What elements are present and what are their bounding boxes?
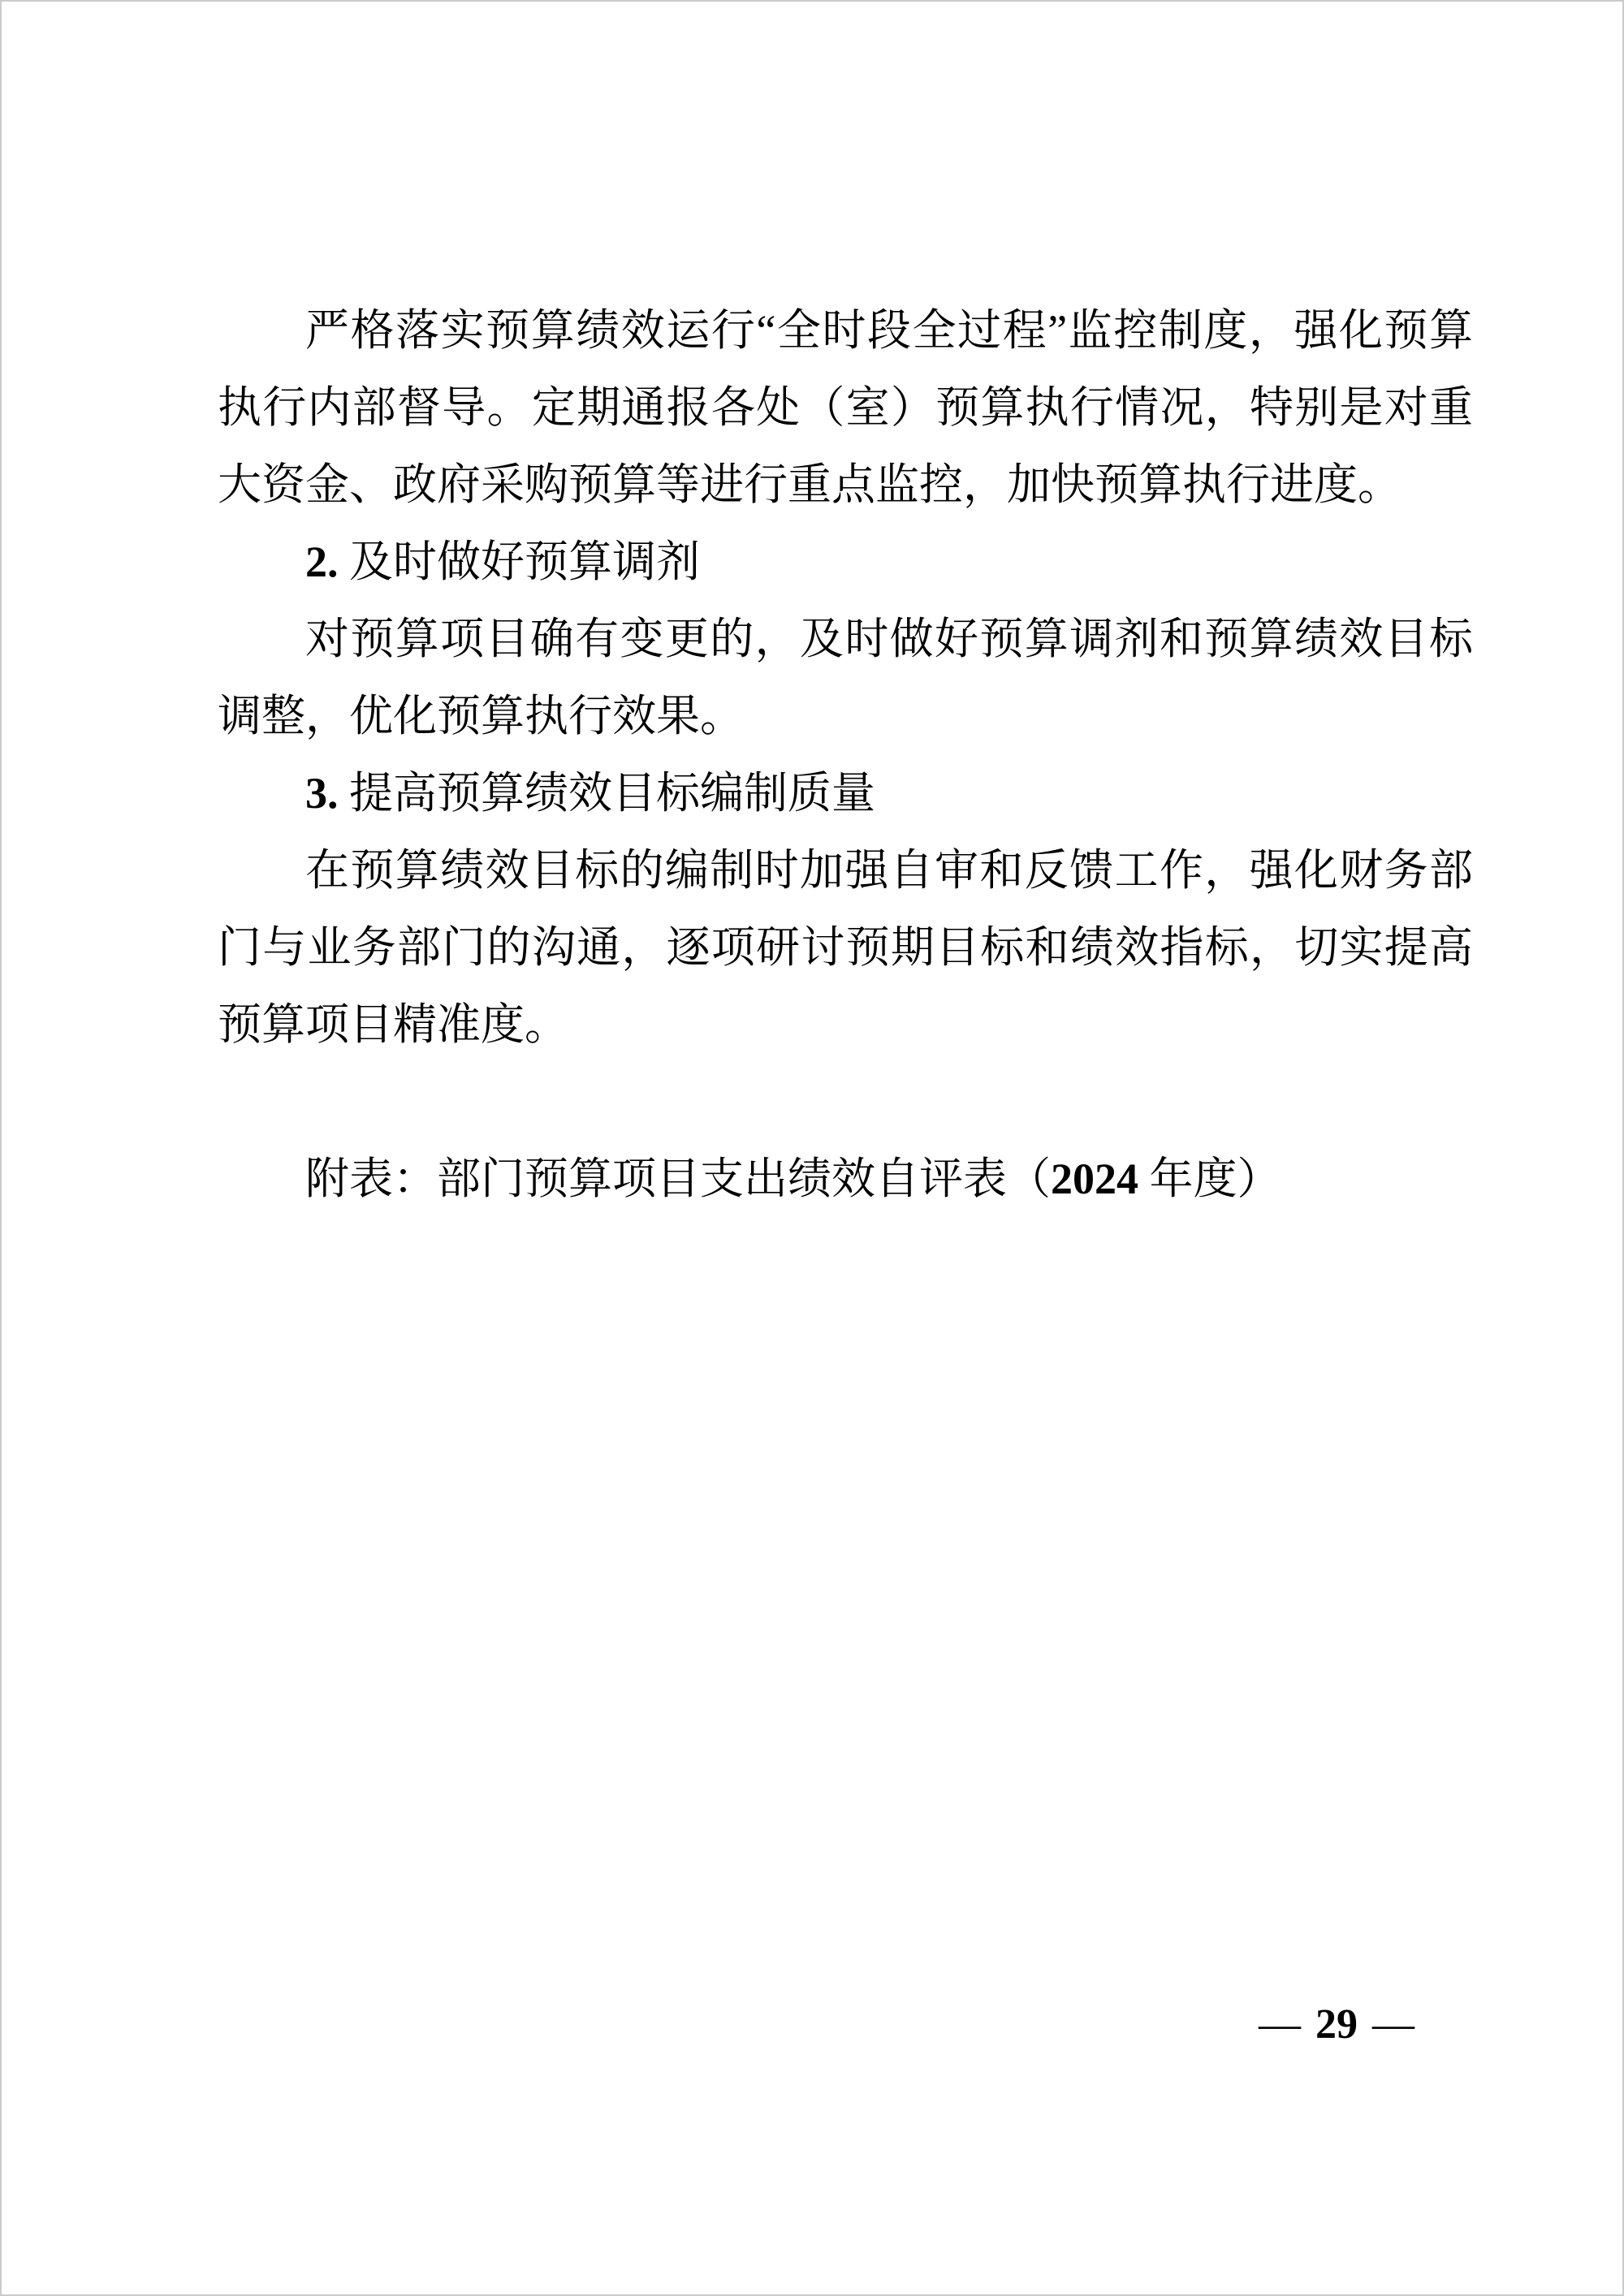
paragraph2-line2: 调整，优化预算执行效果。 bbox=[218, 678, 1473, 755]
paragraph3-line3: 预算项目精准度。 bbox=[218, 986, 1473, 1064]
heading-3: 3. 提高预算绩效目标编制质量 bbox=[218, 755, 1473, 832]
paragraph1-line3: 大资金、政府采购预算等进行重点监控，加快预算执行进度。 bbox=[218, 447, 1473, 524]
attachment-text-suffix: 年度） bbox=[1138, 1154, 1281, 1203]
page-number-dash-right: — bbox=[1372, 2001, 1415, 2048]
blank-line bbox=[218, 1064, 1473, 1141]
heading-2: 2. 及时做好预算调剂 bbox=[218, 524, 1473, 601]
document-page: 严格落实预算绩效运行“全时段全过程”监控制度，强化预算 执行内部督导。定期通报各… bbox=[0, 0, 1624, 2296]
page-number: —29— bbox=[1259, 2000, 1415, 2049]
paragraph3-line2: 门与业务部门的沟通，逐项研讨预期目标和绩效指标，切实提高 bbox=[218, 909, 1473, 986]
attachment-note: 附表：部门预算项目支出绩效自评表（2024 年度） bbox=[218, 1141, 1473, 1218]
attachment-year: 2024 bbox=[1051, 1154, 1138, 1203]
heading-3-title: 提高预算绩效目标编制质量 bbox=[339, 769, 876, 818]
page-number-value: 29 bbox=[1315, 2001, 1358, 2048]
paragraph1-line1: 严格落实预算绩效运行“全时段全过程”监控制度，强化预算 bbox=[218, 292, 1473, 369]
attachment-text-prefix: 附表：部门预算项目支出绩效自评表（ bbox=[305, 1154, 1051, 1203]
paragraph1-line2: 执行内部督导。定期通报各处（室）预算执行情况，特别是对重 bbox=[218, 369, 1473, 447]
paragraph2-line1: 对预算项目确有变更的，及时做好预算调剂和预算绩效目标 bbox=[218, 601, 1473, 678]
page-number-dash-left: — bbox=[1259, 2001, 1301, 2048]
heading-2-title: 及时做好预算调剂 bbox=[339, 537, 701, 586]
heading-2-number: 2. bbox=[305, 537, 339, 586]
heading-3-number: 3. bbox=[305, 769, 339, 818]
paragraph3-line1: 在预算绩效目标的编制时加强自审和反馈工作，强化财务部 bbox=[218, 832, 1473, 909]
document-body: 严格落实预算绩效运行“全时段全过程”监控制度，强化预算 执行内部督导。定期通报各… bbox=[218, 292, 1473, 1218]
